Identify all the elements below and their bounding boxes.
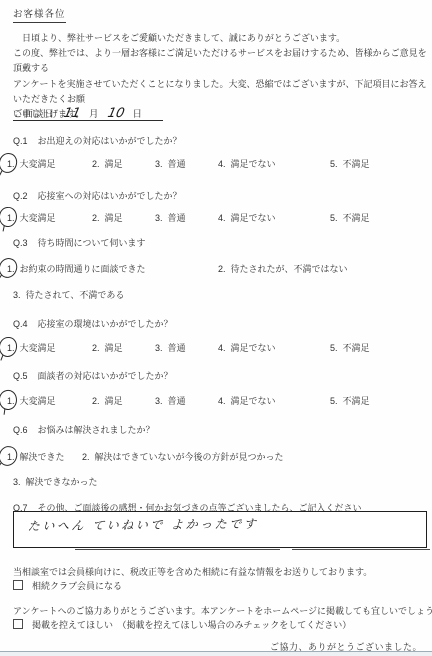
option-5: 5.不満足 <box>330 157 370 170</box>
option-3: 3.普通 <box>155 211 186 224</box>
question-1-label: Q.1お出迎えの対応はいかがでしたか？ <box>13 134 182 147</box>
question-text: 面談者の対応はいかがでしたか？ <box>38 371 173 381</box>
question-5-label: Q.5面談者の対応はいかがでしたか？ <box>13 369 173 382</box>
scanned-survey-document: お客様各位 日頃より、弊社サービスをご愛顧いただきまして、誠にありがとうございま… <box>0 0 432 656</box>
scan-bottom-edge <box>0 651 432 656</box>
question-5-options: 1.大変満足 2.満足 3.普通 4.満足でない 5.不満足 <box>0 394 432 408</box>
question-4-label: Q.4応接室の環境はいかがでしたか？ <box>13 317 173 330</box>
option-2: 2.満足 <box>92 157 123 170</box>
question-text: 応接室への対応はいかがでしたか？ <box>38 191 182 201</box>
member-checkbox-row: 相続クラブ会員になる <box>13 579 122 592</box>
question-6-options-row-2: 3.解決できなかった <box>0 475 432 489</box>
question-id: Q.4 <box>13 319 28 329</box>
question-text: お出迎えの対応はいかがでしたか？ <box>38 136 182 146</box>
question-id: Q.1 <box>13 136 28 146</box>
checkbox-icon <box>13 580 23 590</box>
option-4: 4.満足でない <box>218 157 276 170</box>
option-2: 2.満足 <box>92 211 123 224</box>
handwritten-month-value: 11 <box>54 107 91 120</box>
option-1: 1.解決できた <box>7 450 65 463</box>
scan-artifact-line <box>75 549 280 550</box>
handwritten-day-value: 10 <box>97 107 134 120</box>
question-3-options-row-1: 1.お約束の時間通りに面談できた 2.待たされたが、不満ではない <box>0 262 432 276</box>
option-1: 1.大変満足 <box>7 157 56 170</box>
question-1-options: 1.大変満足 2.満足 3.普通 4.満足でない 5.不満足 <box>0 157 432 171</box>
option-5: 5.不満足 <box>330 341 370 354</box>
option-3: 3.待たされて、不満である <box>13 288 124 301</box>
option-3: 3.普通 <box>155 341 186 354</box>
question-3-label: Q.3待ち時間について伺います <box>13 236 145 249</box>
option-3: 3.解決できなかった <box>13 475 98 488</box>
member-info-text: 当相談室では会員様向けに、税改正等を含めた相続に有益な情報をお送りしております。 <box>13 565 372 578</box>
handwritten-comment: たいへん ていねいで よかったです <box>27 515 259 534</box>
option-2: 2.満足 <box>92 341 123 354</box>
option-5: 5.不満足 <box>330 394 370 407</box>
option-4: 4.満足でない <box>218 394 276 407</box>
checkbox-icon <box>13 619 23 629</box>
option-5: 5.不満足 <box>330 211 370 224</box>
publish-checkbox-label: 掲載を控えてほしい （掲載を控えてほしい場合のみチェックをしてください） <box>32 620 351 630</box>
option-2: 2.満足 <box>92 394 123 407</box>
question-6-options-row-1: 1.解決できた 2.解決はできていないが今後の方針が見つかった <box>0 450 432 464</box>
option-2: 2.待たされたが、不満ではない <box>218 262 348 275</box>
question-text: 応接室の環境はいかがでしたか？ <box>38 319 173 329</box>
question-id: Q.2 <box>13 191 28 201</box>
option-3: 3.普通 <box>155 394 186 407</box>
member-checkbox-label: 相続クラブ会員になる <box>32 581 122 591</box>
option-1: 1.お約束の時間通りに面談できた <box>7 262 146 275</box>
intro-line: この度、弊社では、より一層お客様にご満足いただけるサービスをお届けするため、皆様… <box>13 46 427 76</box>
publish-info-text: アンケートへのご協力ありがとうございます。本アンケートをホームページに掲載しても… <box>13 604 432 617</box>
question-id: Q.5 <box>13 371 28 381</box>
question-2-options: 1.大変満足 2.満足 3.普通 4.満足でない 5.不満足 <box>0 211 432 225</box>
salutation: お客様各位 <box>13 6 66 23</box>
publish-checkbox-row: 掲載を控えてほしい （掲載を控えてほしい場合のみチェックをしてください） <box>13 618 351 631</box>
question-2-label: Q.2応接室への対応はいかがでしたか？ <box>13 189 182 202</box>
scan-artifact-line <box>292 549 430 550</box>
question-6-label: Q.6お悩みは解決されましたか？ <box>13 423 155 436</box>
question-3-options-row-2: 3.待たされて、不満である <box>0 288 432 302</box>
option-3: 3.普通 <box>155 157 186 170</box>
option-1: 1.大変満足 <box>7 394 56 407</box>
intro-line: 日頃より、弊社サービスをご愛顧いただきまして、誠にありがとうございます。 <box>13 31 427 46</box>
question-text: 待ち時間について伺います <box>38 238 146 248</box>
question-text: お悩みは解決されましたか？ <box>38 425 155 435</box>
option-4: 4.満足でない <box>218 341 276 354</box>
option-4: 4.満足でない <box>218 211 276 224</box>
question-id: Q.3 <box>13 238 28 248</box>
free-comment-box: たいへん ていねいで よかったです <box>13 511 427 548</box>
question-id: Q.6 <box>13 425 28 435</box>
option-1: 1.大変満足 <box>7 211 56 224</box>
option-2: 2.解決はできていないが今後の方針が見つかった <box>82 450 284 463</box>
interview-date-line: ご面談日 11 月 10 日 <box>13 103 163 121</box>
date-label: ご面談日 <box>13 106 55 120</box>
question-4-options: 1.大変満足 2.満足 3.普通 4.満足でない 5.不満足 <box>0 341 432 355</box>
option-1: 1.大変満足 <box>7 341 56 354</box>
